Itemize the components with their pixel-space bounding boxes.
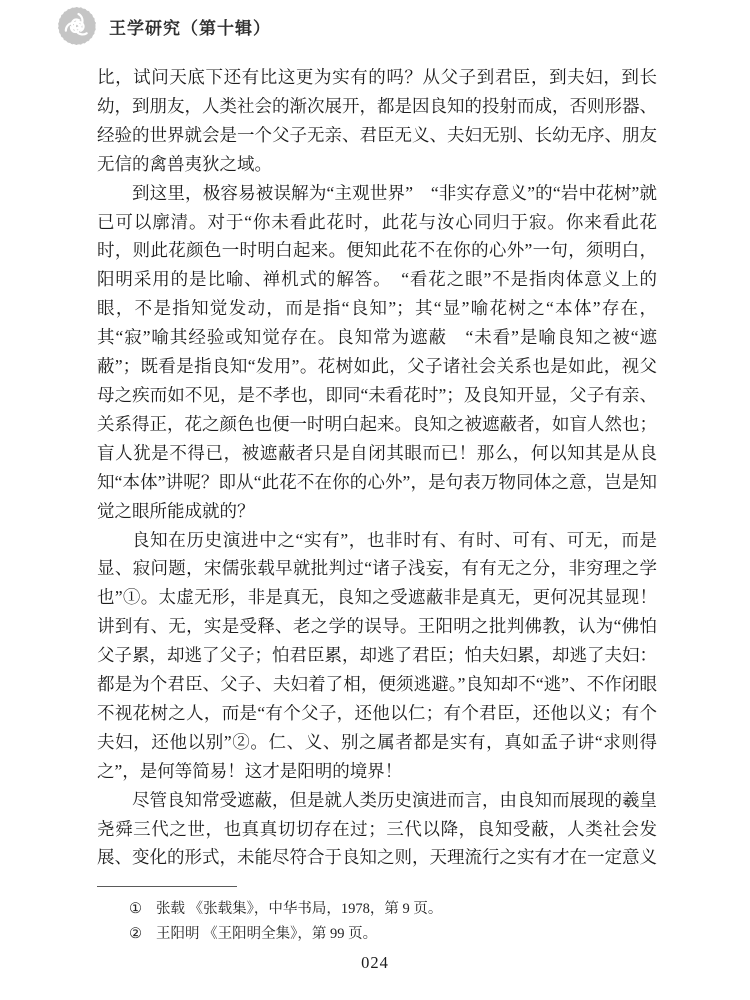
body-paragraph: 比，试问天底下还有比这更为实有的吗？从父子到君臣，到夫妇，到长幼，到朋友，人类社…	[97, 63, 657, 179]
publisher-seal-icon	[57, 6, 97, 46]
page-number: 024	[0, 953, 750, 973]
footnote-marker: ①	[129, 897, 142, 922]
footnote-marker: ②	[129, 922, 142, 947]
page-body-text: 比，试问天底下还有比这更为实有的吗？从父子到君臣，到夫妇，到长幼，到朋友，人类社…	[97, 63, 657, 872]
footnote-divider	[97, 886, 237, 887]
body-paragraph: 良知在历史演进中之“实有”，也非时有、有时、可有、可无，而是显、寂问题，宋儒张载…	[97, 526, 657, 786]
footnote-area: ① 张载 《张载集》，中华书局，1978，第 9 页。 ② 王阳明 《王阳明全集…	[97, 886, 657, 947]
footnote: ① 张载 《张载集》，中华书局，1978，第 9 页。	[97, 897, 657, 922]
book-header: 王学研究（第十辑）	[57, 4, 271, 48]
footnote-text: 王阳明 《王阳明全集》，第 99 页。	[156, 922, 377, 947]
body-paragraph: 尽管良知常受遮蔽，但是就人类历史演进而言，由良知而展现的羲皇尧舜三代之世，也真真…	[97, 786, 657, 873]
footnote-text: 张载 《张载集》，中华书局，1978，第 9 页。	[156, 897, 442, 922]
book-title: 王学研究（第十辑）	[109, 14, 271, 39]
body-paragraph: 到这里，极容易被误解为“主观世界” “非实存意义”的“岩中花树”就已可以廓清。对…	[97, 179, 657, 526]
book-page: 王学研究（第十辑） 比，试问天底下还有比这更为实有的吗？从父子到君臣，到夫妇，到…	[0, 0, 750, 1000]
footnote: ② 王阳明 《王阳明全集》，第 99 页。	[97, 922, 657, 947]
